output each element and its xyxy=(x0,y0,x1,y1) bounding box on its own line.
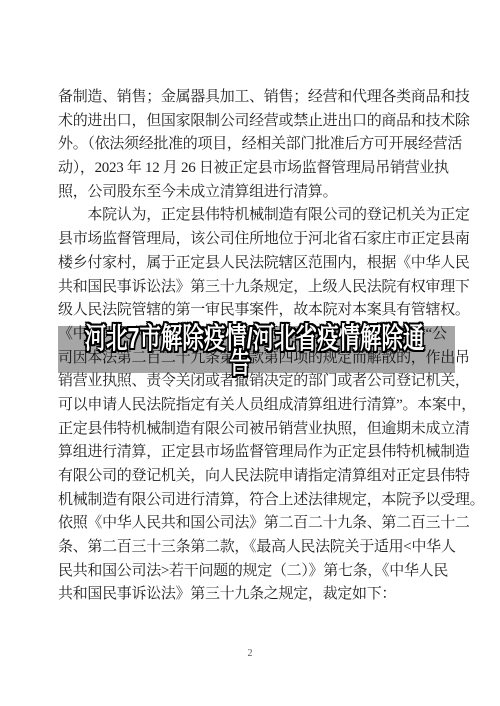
document-page: 备制造、销售；金属器具加工、销售；经营和代理各类商品和技 术的进出口，但国家限制… xyxy=(0,0,500,706)
body-line: 有限公司的登记机关，向人民法院申请指定清算组对正定县伟特 xyxy=(58,465,448,489)
body-line: 算组进行清算，正定县市场监督管理局作为正定县伟特机械制造 xyxy=(58,441,448,465)
body-line: 共和国民事诉讼法》第三十九条规定，上级人民法院有权审理下 xyxy=(58,276,448,300)
headline-overlay-title: 河北7市解除疫情/河北省疫情解除通 告 xyxy=(85,327,396,377)
body-line: 楼乡付家村，属于正定县人民法院辖区范围内，根据《中华人民 xyxy=(58,252,448,276)
body-line: 动），2023 年 12 月 26 日被正定县市场监督管理局吊销营业执 xyxy=(58,157,448,181)
body-line: 机械制造有限公司进行清算，符合上述法律规定，本院予以受理。 xyxy=(58,489,448,513)
body-line: 依照《中华人民共和国公司法》第二百二十九条、第二百三十二 xyxy=(58,512,448,536)
body-line: 级人民法院管辖的第一审民事案件，故本院对本案具有管辖权。 xyxy=(58,299,448,323)
body-line: 县市场监督管理局，该公司住所地位于河北省石家庄市正定县南 xyxy=(58,228,448,252)
body-line: 民共和国公司法>若干问题的规定（二）》第七条，《中华人民 xyxy=(58,560,448,584)
body-line: 正定县伟特机械制造有限公司被吊销营业执照，但逾期未成立清 xyxy=(58,418,448,442)
page-number: 2 xyxy=(0,648,500,659)
body-line: 共和国民事诉讼法》第三十九条之规定，裁定如下： xyxy=(58,583,448,607)
body-line: 术的进出口，但国家限制公司经营或禁止进出口的商品和技术除 xyxy=(58,110,448,134)
body-line: 照，公司股东至今未成立清算组进行清算。 xyxy=(58,181,448,205)
body-line: 可以申请人民法院指定有关人员组成清算组进行清算”。本案中， xyxy=(58,394,448,418)
body-line: 外。（依法须经批准的项目，经相关部门批准后方可开展经营活 xyxy=(58,133,448,157)
headline-line-2: 告 xyxy=(85,352,396,377)
body-line: 条、第二百三十三条第二款，《最高人民法院关于适用<中华人 xyxy=(58,536,448,560)
body-line: 本院认为，正定县伟特机械制造有限公司的登记机关为正定 xyxy=(58,204,448,228)
body-line: 备制造、销售；金属器具加工、销售；经营和代理各类商品和技 xyxy=(58,86,448,110)
